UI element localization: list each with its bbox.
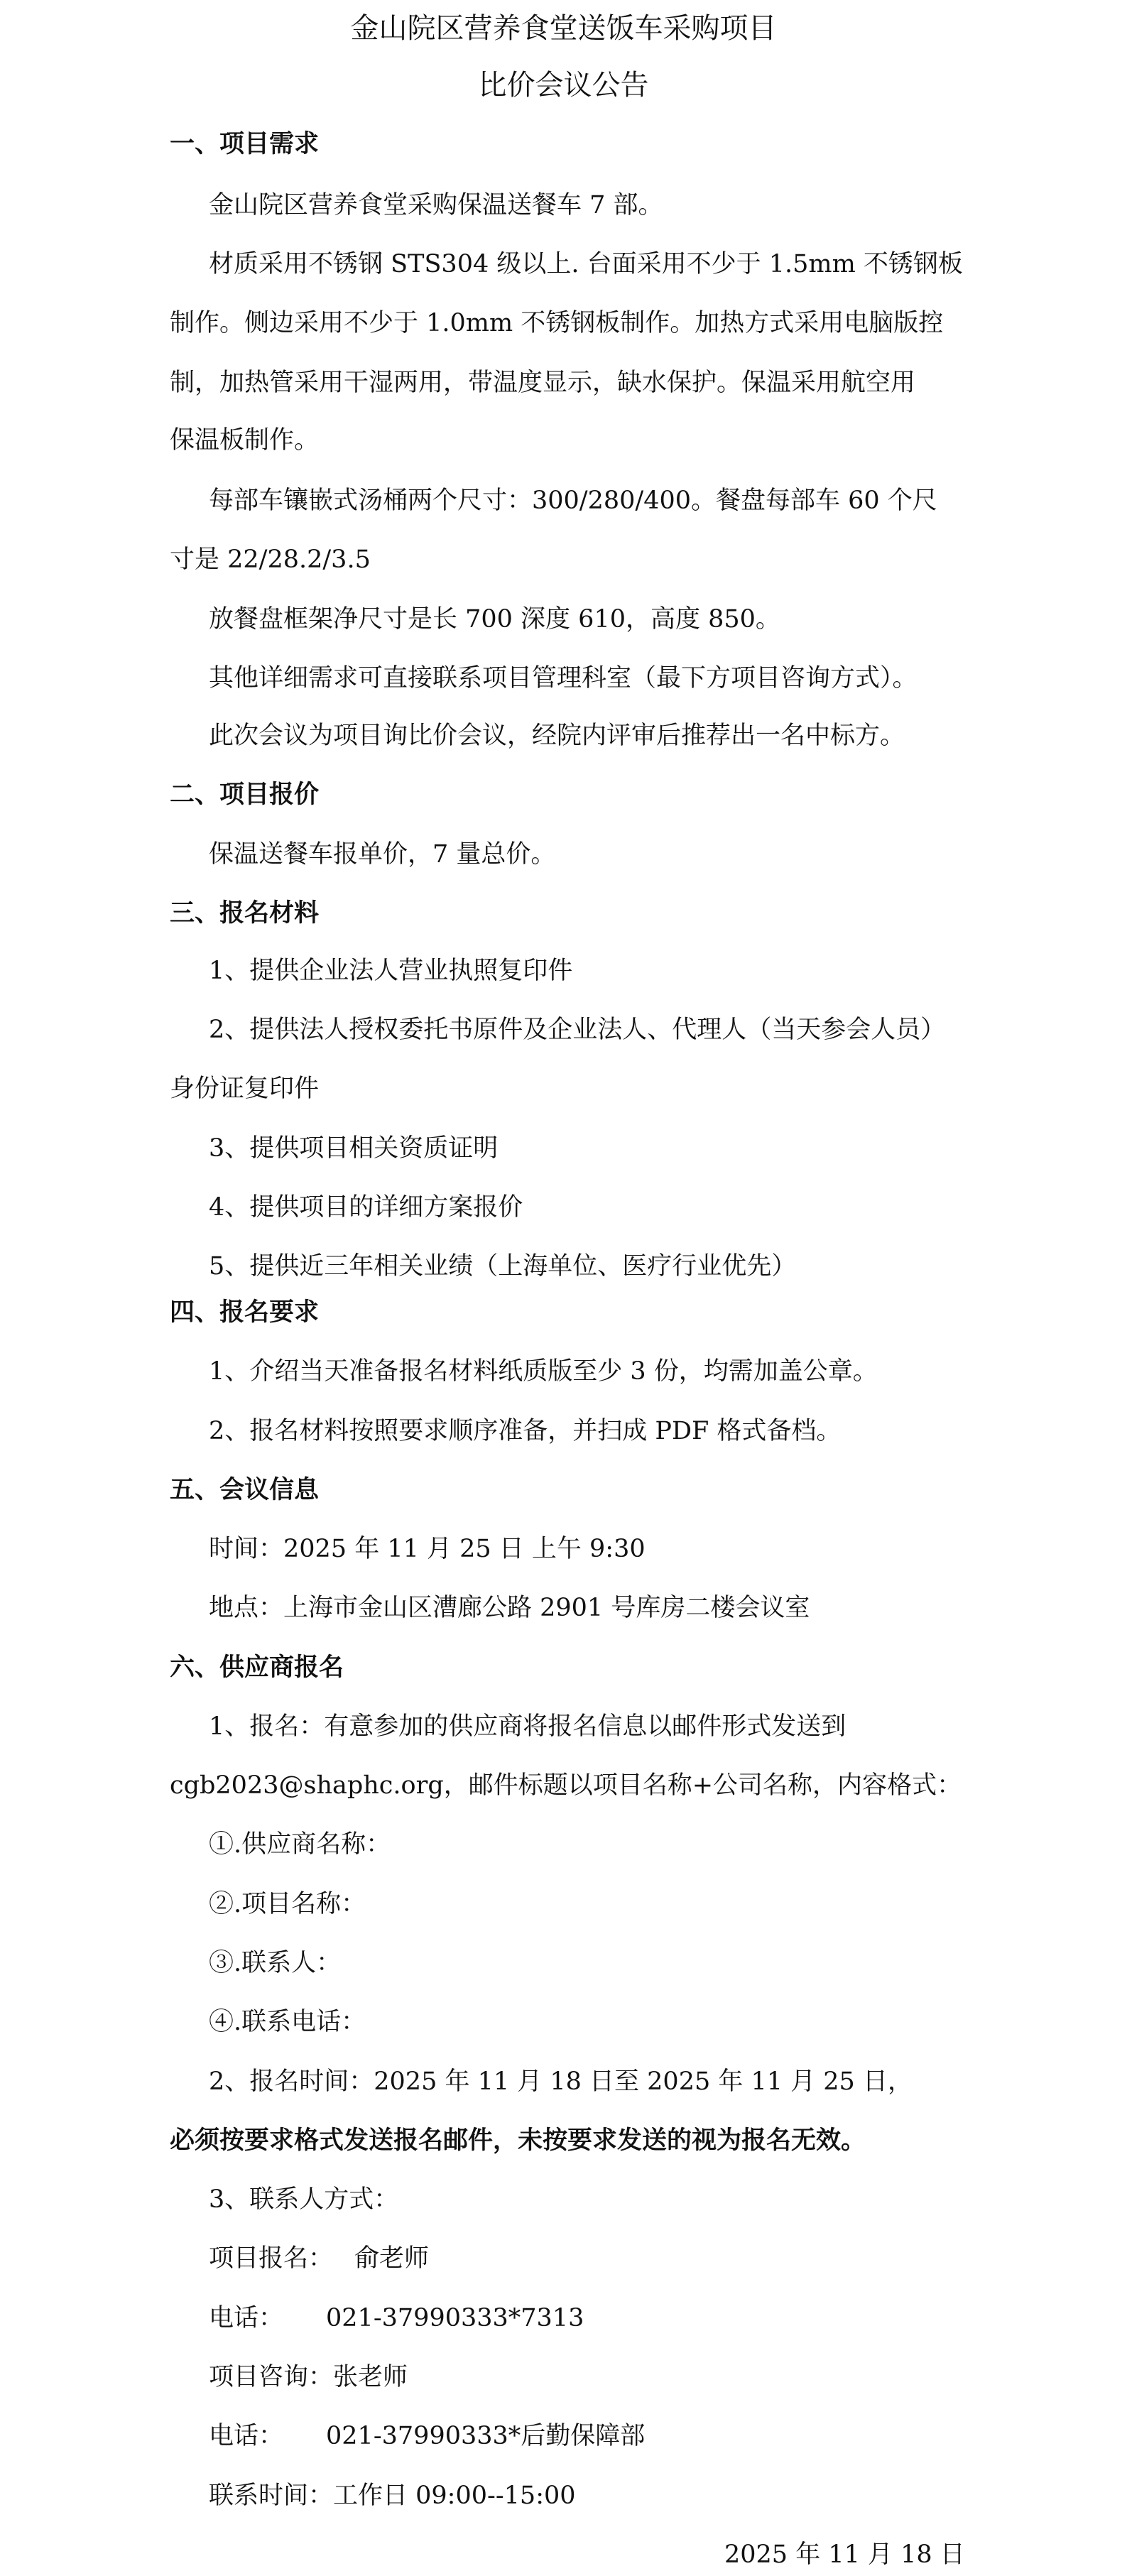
requirements-text: 保温板制作。 bbox=[170, 423, 319, 458]
contact-signup-label: 项目报名： bbox=[209, 2244, 333, 2273]
materials-item: 1、提供企业法人营业执照复印件 bbox=[209, 953, 572, 989]
materials-item: 5、提供近三年相关业绩（上海单位、医疗行业优先） bbox=[209, 1249, 796, 1284]
contact-consult-row: 项目咨询：张老师 bbox=[209, 2359, 408, 2395]
requirements-text: 其他详细需求可直接联系项目管理科室（最下方项目咨询方式）。 bbox=[209, 661, 918, 696]
signature-date: 2025 年 11 月 18 日 bbox=[724, 2537, 965, 2572]
requirements-text: 材质采用不锈钢 STS304 级以上. 台面采用不少于 1.5mm 不锈钢板 bbox=[209, 246, 963, 282]
contact-phone1-row: 电话：021-37990333*7313 bbox=[209, 2300, 584, 2336]
requirements-text: 寸是 22/28.2/3.5 bbox=[170, 542, 371, 577]
section-heading-signup-requirements: 四、报名要求 bbox=[170, 1295, 319, 1330]
contact-consult-label: 项目咨询： bbox=[209, 2363, 333, 2391]
requirements-text: 制，加热管采用干湿两用，带温度显示，缺水保护。保温采用航空用 bbox=[170, 365, 915, 401]
contact-phone2-value: 021-37990333*后勤保障部 bbox=[326, 2422, 645, 2450]
requirements-text: 每部车镶嵌式汤桶两个尺寸：300/280/400。餐盘每部车 60 个尺 bbox=[209, 483, 937, 518]
meeting-time: 时间：2025 年 11 月 25 日 上午 9:30 bbox=[209, 1531, 646, 1567]
materials-item: 身份证复印件 bbox=[170, 1071, 319, 1107]
section-heading-quotation: 二、项目报价 bbox=[170, 777, 319, 813]
contact-phone1-label: 电话： bbox=[209, 2304, 283, 2332]
requirements-text: 放餐盘框架净尺寸是长 700 深度 610，高度 850。 bbox=[209, 602, 780, 637]
signup-requirement-item: 1、介绍当天准备报名材料纸质版至少 3 份，均需加盖公章。 bbox=[209, 1354, 878, 1389]
materials-item: 2、提供法人授权委托书原件及企业法人、代理人（当天参会人员） bbox=[209, 1012, 945, 1048]
document-subtitle: 比价会议公告 bbox=[0, 65, 1127, 105]
signup-period: 2、报名时间：2025 年 11 月 18 日至 2025 年 11 月 25 … bbox=[209, 2064, 913, 2099]
contact-consult-name: 张老师 bbox=[333, 2363, 408, 2391]
section-heading-materials: 三、报名材料 bbox=[170, 896, 319, 931]
contact-methods-label: 3、联系人方式： bbox=[209, 2182, 398, 2217]
section-heading-meeting-info: 五、会议信息 bbox=[170, 1472, 319, 1508]
contact-phone2-label: 电话： bbox=[209, 2422, 283, 2450]
signup-email-text: cgb2023@shaphc.org，邮件标题以项目名称+公司名称，内容格式： bbox=[170, 1768, 962, 1803]
materials-item: 4、提供项目的详细方案报价 bbox=[209, 1190, 523, 1225]
requirements-text: 金山院区营养食堂采购保温送餐车 7 部。 bbox=[209, 188, 663, 223]
section-heading-supplier-signup: 六、供应商报名 bbox=[170, 1650, 344, 1685]
document-title: 金山院区营养食堂送饭车采购项目 bbox=[0, 9, 1127, 48]
quotation-text: 保温送餐车报单价，7 量总价。 bbox=[209, 837, 555, 872]
contact-hours-label: 联系时间： bbox=[209, 2482, 333, 2510]
format-item-contact-phone: ④.联系电话： bbox=[209, 2004, 366, 2040]
signup-warning: 必须按要求格式发送报名邮件，未按要求发送的视为报名无效。 bbox=[170, 2123, 866, 2158]
format-item-supplier-name: ①.供应商名称： bbox=[209, 1827, 391, 1862]
signup-requirement-item: 2、报名材料按照要求顺序准备，并扫成 PDF 格式备档。 bbox=[209, 1413, 841, 1449]
format-item-project-name: ②.项目名称： bbox=[209, 1886, 366, 1922]
contact-hours-row: 联系时间：工作日 09:00--15:00 bbox=[209, 2478, 576, 2513]
contact-phone1-value: 021-37990333*7313 bbox=[326, 2304, 584, 2332]
meeting-location: 地点：上海市金山区漕廊公路 2901 号库房二楼会议室 bbox=[209, 1590, 810, 1626]
contact-signup-row: 项目报名：俞老师 bbox=[209, 2241, 429, 2276]
contact-hours-value: 工作日 09:00--15:00 bbox=[333, 2482, 576, 2510]
supplier-signup-text: 1、报名：有意参加的供应商将报名信息以邮件形式发送到 bbox=[209, 1709, 846, 1744]
materials-item: 3、提供项目相关资质证明 bbox=[209, 1131, 498, 1166]
requirements-text: 制作。侧边采用不少于 1.0mm 不锈钢板制作。加热方式采用电脑版控 bbox=[170, 305, 943, 341]
requirements-text: 此次会议为项目询比价会议，经院内评审后推荐出一名中标方。 bbox=[209, 718, 905, 754]
contact-phone2-row: 电话：021-37990333*后勤保障部 bbox=[209, 2418, 645, 2454]
contact-signup-name: 俞老师 bbox=[354, 2244, 429, 2273]
section-heading-requirements: 一、项目需求 bbox=[170, 126, 319, 162]
format-item-contact-person: ③.联系人： bbox=[209, 1945, 341, 1981]
